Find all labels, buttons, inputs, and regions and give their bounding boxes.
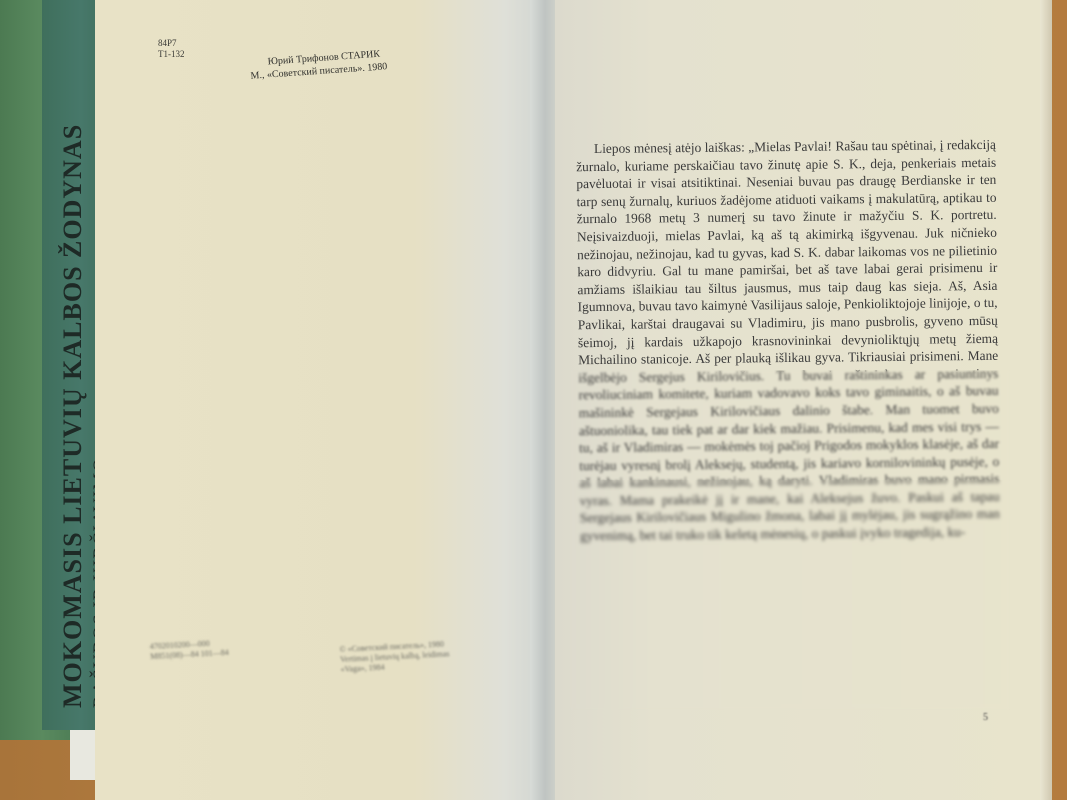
- left-page: [95, 0, 550, 800]
- page-number: 5: [983, 712, 988, 723]
- focus-blur-deeper: [570, 480, 1010, 710]
- spine-title-line1: MOKOMASIS LIETUVIŲ KALBOS ŽODYNAS: [58, 8, 88, 708]
- code-bottom: Т1-132: [158, 49, 185, 60]
- page-edges: [1040, 0, 1052, 800]
- classification-code: 84P7 Т1-132: [158, 38, 185, 60]
- code-top: 84P7: [158, 38, 185, 49]
- index-code: 4702010200—000 М851(08)—84 101—84: [150, 638, 229, 662]
